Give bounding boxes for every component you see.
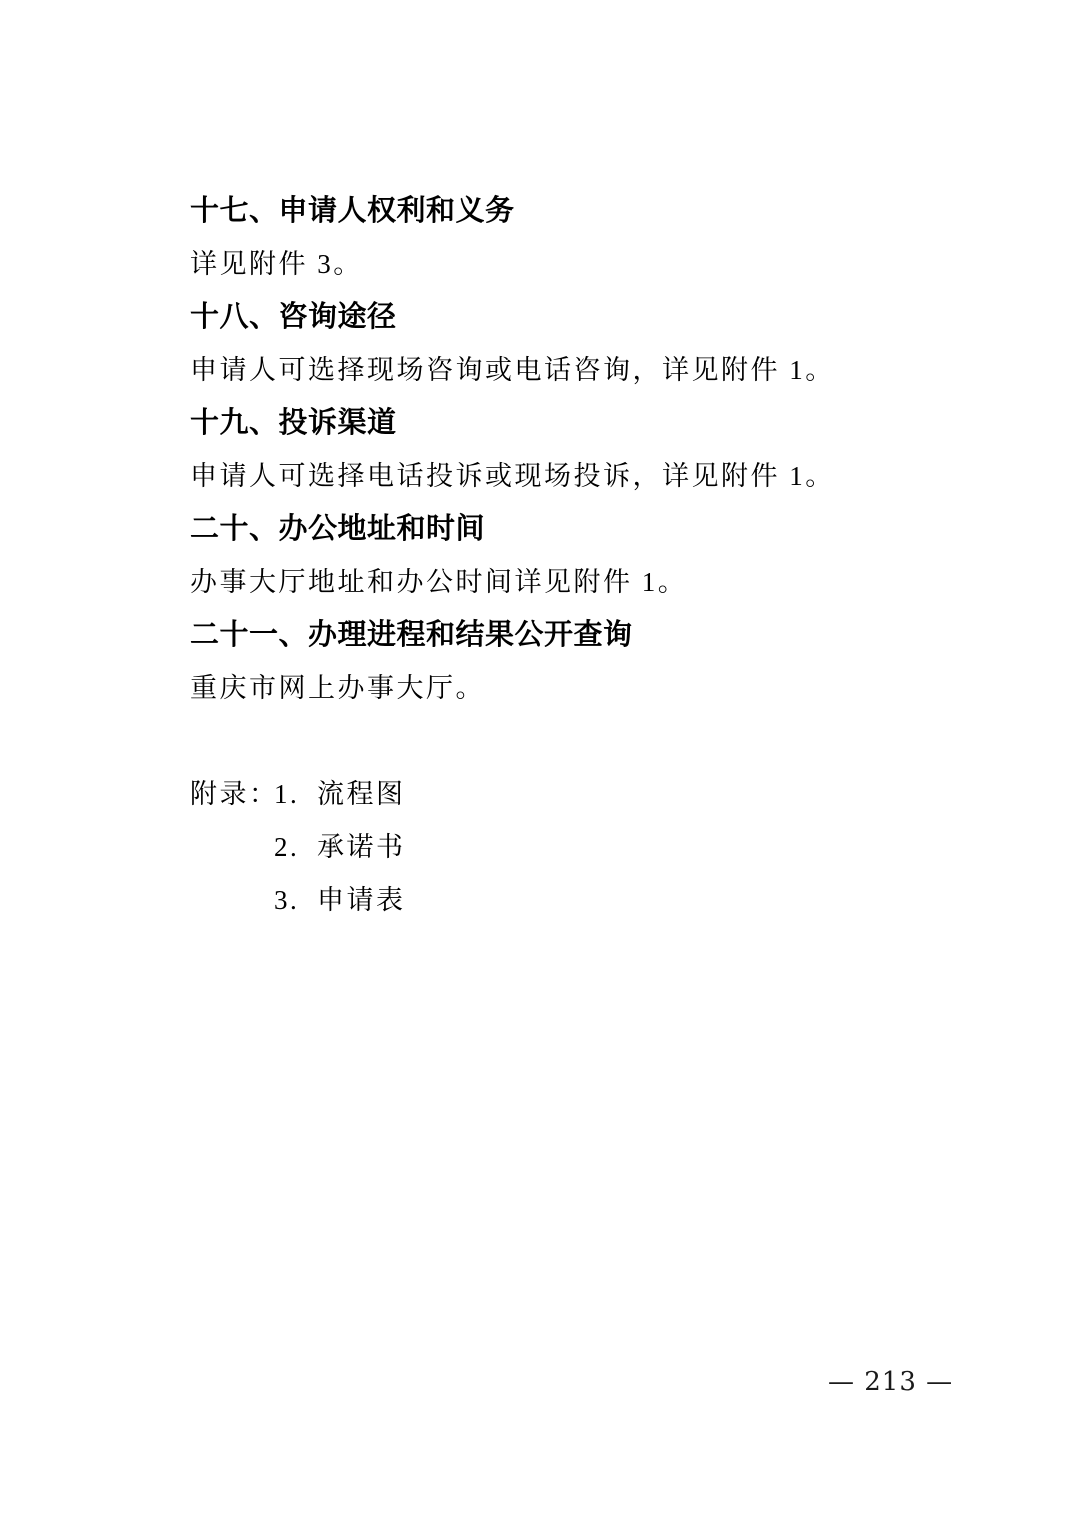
appendix-line-3: 3.申请表 bbox=[190, 874, 950, 927]
appendix-line-2: 2.承诺书 bbox=[190, 821, 950, 874]
blank-line bbox=[190, 715, 950, 768]
appendix-item-2-title: 承诺书 bbox=[317, 832, 406, 862]
appendix-item-2-number: 2. bbox=[274, 821, 317, 874]
section-heading-21: 二十一、办理进程和结果公开查询 bbox=[190, 609, 950, 662]
appendix-item-3-title: 申请表 bbox=[317, 885, 406, 915]
appendix-item-1-title: 流程图 bbox=[317, 779, 406, 809]
section-heading-18: 十八、咨询途径 bbox=[190, 291, 950, 344]
appendix-line-1: 附录：1.流程图 bbox=[190, 768, 950, 821]
section-body-20: 办事大厅地址和办公时间详见附件 1。 bbox=[190, 556, 950, 609]
section-body-18: 申请人可选择现场咨询或电话咨询，详见附件 1。 bbox=[190, 344, 950, 397]
section-heading-17: 十七、申请人权利和义务 bbox=[190, 185, 950, 238]
document-content: 十七、申请人权利和义务 详见附件 3。 十八、咨询途径 申请人可选择现场咨询或电… bbox=[190, 185, 950, 927]
appendix-label: 附录： bbox=[190, 768, 274, 821]
appendix-item-1-number: 1. bbox=[274, 768, 317, 821]
section-body-17: 详见附件 3。 bbox=[190, 238, 950, 291]
document-page: 十七、申请人权利和义务 详见附件 3。 十八、咨询途径 申请人可选择现场咨询或电… bbox=[0, 0, 1075, 1519]
section-body-19: 申请人可选择电话投诉或现场投诉，详见附件 1。 bbox=[190, 450, 950, 503]
appendix-item-3-number: 3. bbox=[274, 874, 317, 927]
page-number: — 213 — bbox=[828, 1367, 953, 1397]
section-body-21: 重庆市网上办事大厅。 bbox=[190, 662, 950, 715]
section-heading-20: 二十、办公地址和时间 bbox=[190, 503, 950, 556]
section-heading-19: 十九、投诉渠道 bbox=[190, 397, 950, 450]
